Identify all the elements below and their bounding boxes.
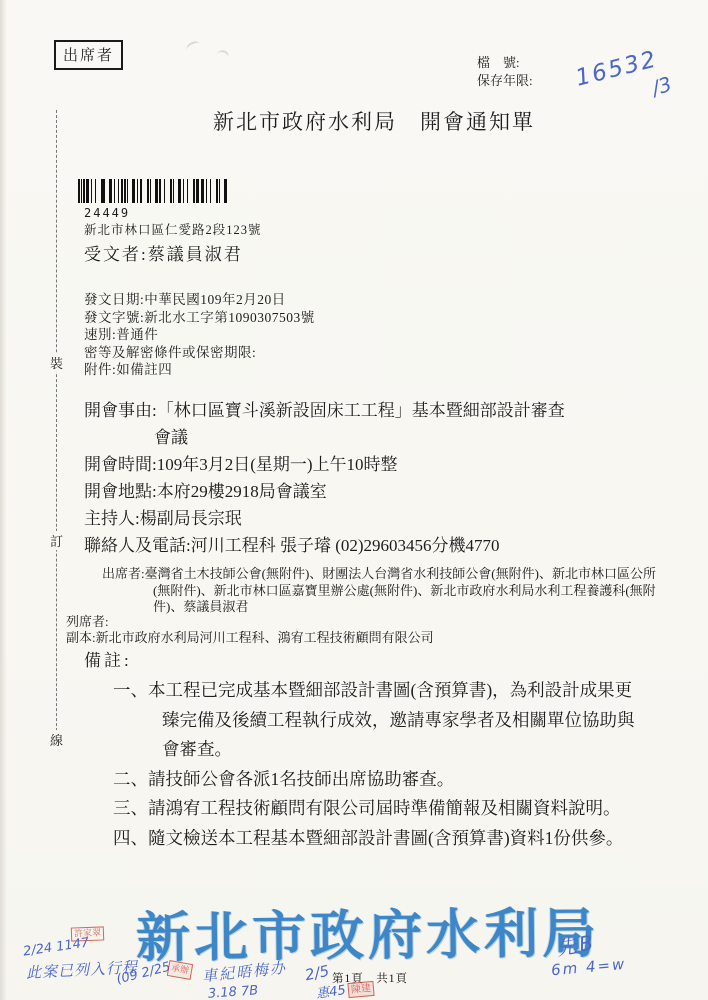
meeting-subject-row: 開會事由:「林口區寶斗溪新設固床工工程」基本暨細部設計審查 bbox=[84, 397, 664, 424]
recipient-line: 受文者:蔡議員淑君 bbox=[84, 240, 243, 265]
handwritten-datetime: 2/24 1147 bbox=[22, 935, 90, 959]
handwritten-scribble: 惠45 bbox=[315, 979, 347, 1000]
attendees-list: 臺灣省土木技師公會(無附件)、財團法人台灣省水利技師公會(無附件)、新北市林口區… bbox=[145, 566, 656, 614]
issue-date-row: 發文日期:中華民國109年2月20日 bbox=[84, 291, 315, 309]
participants-block: 出席者:臺灣省土木技師公會(無附件)、財團法人台灣省水利技師公會(無附件)、新北… bbox=[66, 566, 651, 616]
meeting-place-row: 開會地點:本府29樓2918局會議室 bbox=[84, 478, 664, 505]
pencil-mark bbox=[185, 40, 202, 54]
scan-edge-shadow bbox=[0, 0, 7, 1000]
agency-blue-stamp: 新北市政府水利局 bbox=[136, 891, 601, 973]
retention-label: 保存年限: bbox=[477, 72, 533, 90]
pencil-mark bbox=[214, 48, 230, 64]
handwritten-scribble: 3.18 7B bbox=[208, 983, 259, 1000]
recipient-address: 新北市林口區仁愛路2段123號 bbox=[84, 220, 262, 238]
binding-mark-ding: 訂 bbox=[49, 531, 64, 550]
meeting-info-block: 開會事由:「林口區寶斗溪新設固床工工程」基本暨細部設計審查 會議 開會時間:10… bbox=[84, 397, 664, 559]
red-stamp-small: 承辦 bbox=[167, 960, 193, 980]
document-meta-block: 發文日期:中華民國109年2月20日 發文字號:新北水工字第1090307503… bbox=[84, 291, 315, 379]
barcode bbox=[78, 179, 228, 203]
red-stamp-small: 陳建 bbox=[347, 981, 374, 998]
recipient-label: 受文者: bbox=[84, 245, 148, 264]
note-item: 二、請技師公會各派1名技師出席協助審查。 bbox=[113, 765, 647, 795]
meeting-chair-row: 主持人:楊副局長宗珉 bbox=[84, 505, 664, 532]
file-no-label: 檔 號: bbox=[477, 54, 533, 72]
attendee-box-label: 出席者 bbox=[54, 40, 123, 70]
attendees-label: 出席者: bbox=[102, 566, 145, 581]
scanned-meeting-notice: 出席者 檔 號: 保存年限: 16532 /3 新北市政府水利局 開會通知單 裝… bbox=[0, 0, 708, 1000]
attendees-paragraph: 出席者:臺灣省土木技師公會(無附件)、財團法人台灣省水利技師公會(無附件)、新北… bbox=[84, 566, 665, 616]
priority-row: 速別:普通件 bbox=[84, 326, 315, 344]
document-title: 新北市政府水利局 開會通知單 bbox=[0, 106, 708, 136]
note-item: 四、隨文檢送本工程基本暨細部設計書圖(含預算書)資料1份供參。 bbox=[113, 824, 647, 854]
attachment-row: 附件:如備註四 bbox=[84, 361, 315, 379]
meeting-contact-row: 聯絡人及電話:河川工程科 張子璿 (02)29603456分機4770 bbox=[84, 532, 664, 559]
notes-label: 備註: bbox=[84, 646, 132, 671]
security-row: 密等及解密條件或保密期限: bbox=[84, 344, 315, 362]
binding-mark-zhuang: 裝 bbox=[49, 353, 64, 372]
handwritten-file-number-suffix: /3 bbox=[649, 72, 675, 101]
handwritten-file-number: 16532 bbox=[573, 46, 660, 91]
file-number-block: 檔 號: 保存年限: bbox=[477, 54, 533, 90]
meeting-time-row: 開會時間:109年3月2日(星期一)上午10時整 bbox=[84, 451, 664, 478]
doc-number-row: 發文字號:新北水工字第1090307503號 bbox=[84, 309, 315, 327]
meeting-subject-continuation: 會議 bbox=[84, 424, 664, 451]
binding-mark-xian: 線 bbox=[49, 730, 64, 749]
recipient-name: 蔡議員淑君 bbox=[148, 245, 243, 264]
note-item: 三、請鴻宥工程技術顧問有限公司屆時準備簡報及相關資料說明。 bbox=[113, 794, 647, 824]
barcode-number: 24449 bbox=[84, 206, 130, 220]
binding-dashed-line bbox=[56, 110, 57, 746]
cc-line: 副本:新北市政府水利局河川工程科、鴻宥工程技術顧問有限公司 bbox=[66, 627, 434, 646]
notes-list: 一、本工程已完成基本暨細部設計書圖(含預算書)，為利設計成果更臻完備及後續工程執… bbox=[113, 676, 647, 853]
note-item: 一、本工程已完成基本暨細部設計書圖(含預算書)，為利設計成果更臻完備及後續工程執… bbox=[113, 676, 647, 765]
